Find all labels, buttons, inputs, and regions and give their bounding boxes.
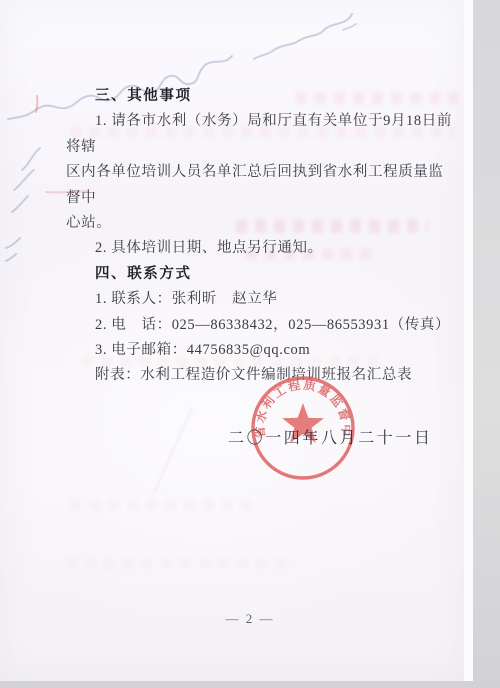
scanned-document: 三、其他事项 1. 请各市水利（水务）局和厅直有关单位于9月18日前将辖 区内各… — [0, 0, 500, 688]
paper-sheet: 三、其他事项 1. 请各市水利（水务）局和厅直有关单位于9月18日前将辖 区内各… — [0, 0, 464, 681]
contact-person-line: 1. 联系人：张利昕 赵立华 — [66, 287, 458, 312]
body-line: 2. 具体培训日期、地点另行通知。 — [66, 236, 458, 261]
phone-line: 2. 电 话：025—86338432，025—86553931（传真） — [66, 313, 458, 338]
reverse-text-bleedthrough — [70, 500, 260, 511]
reverse-text-bleedthrough — [66, 558, 296, 569]
section-heading-other-matters: 三、其他事项 — [66, 84, 458, 109]
paper-edge — [464, 0, 473, 681]
document-body: 三、其他事项 1. 请各市水利（水务）局和厅直有关单位于9月18日前将辖 区内各… — [66, 84, 458, 389]
section-heading-contact: 四、联系方式 — [66, 262, 458, 287]
page-number: — 2 — — [205, 611, 295, 627]
body-line: 区内各单位培训人员名单汇总后回执到省水利工程质量监督中 — [66, 160, 458, 211]
document-date: 二〇一四年八月二十一日 — [228, 425, 433, 448]
body-line: 1. 请各市水利（水务）局和厅直有关单位于9月18日前将辖 — [66, 109, 458, 160]
body-line: 心站。 — [66, 211, 458, 236]
